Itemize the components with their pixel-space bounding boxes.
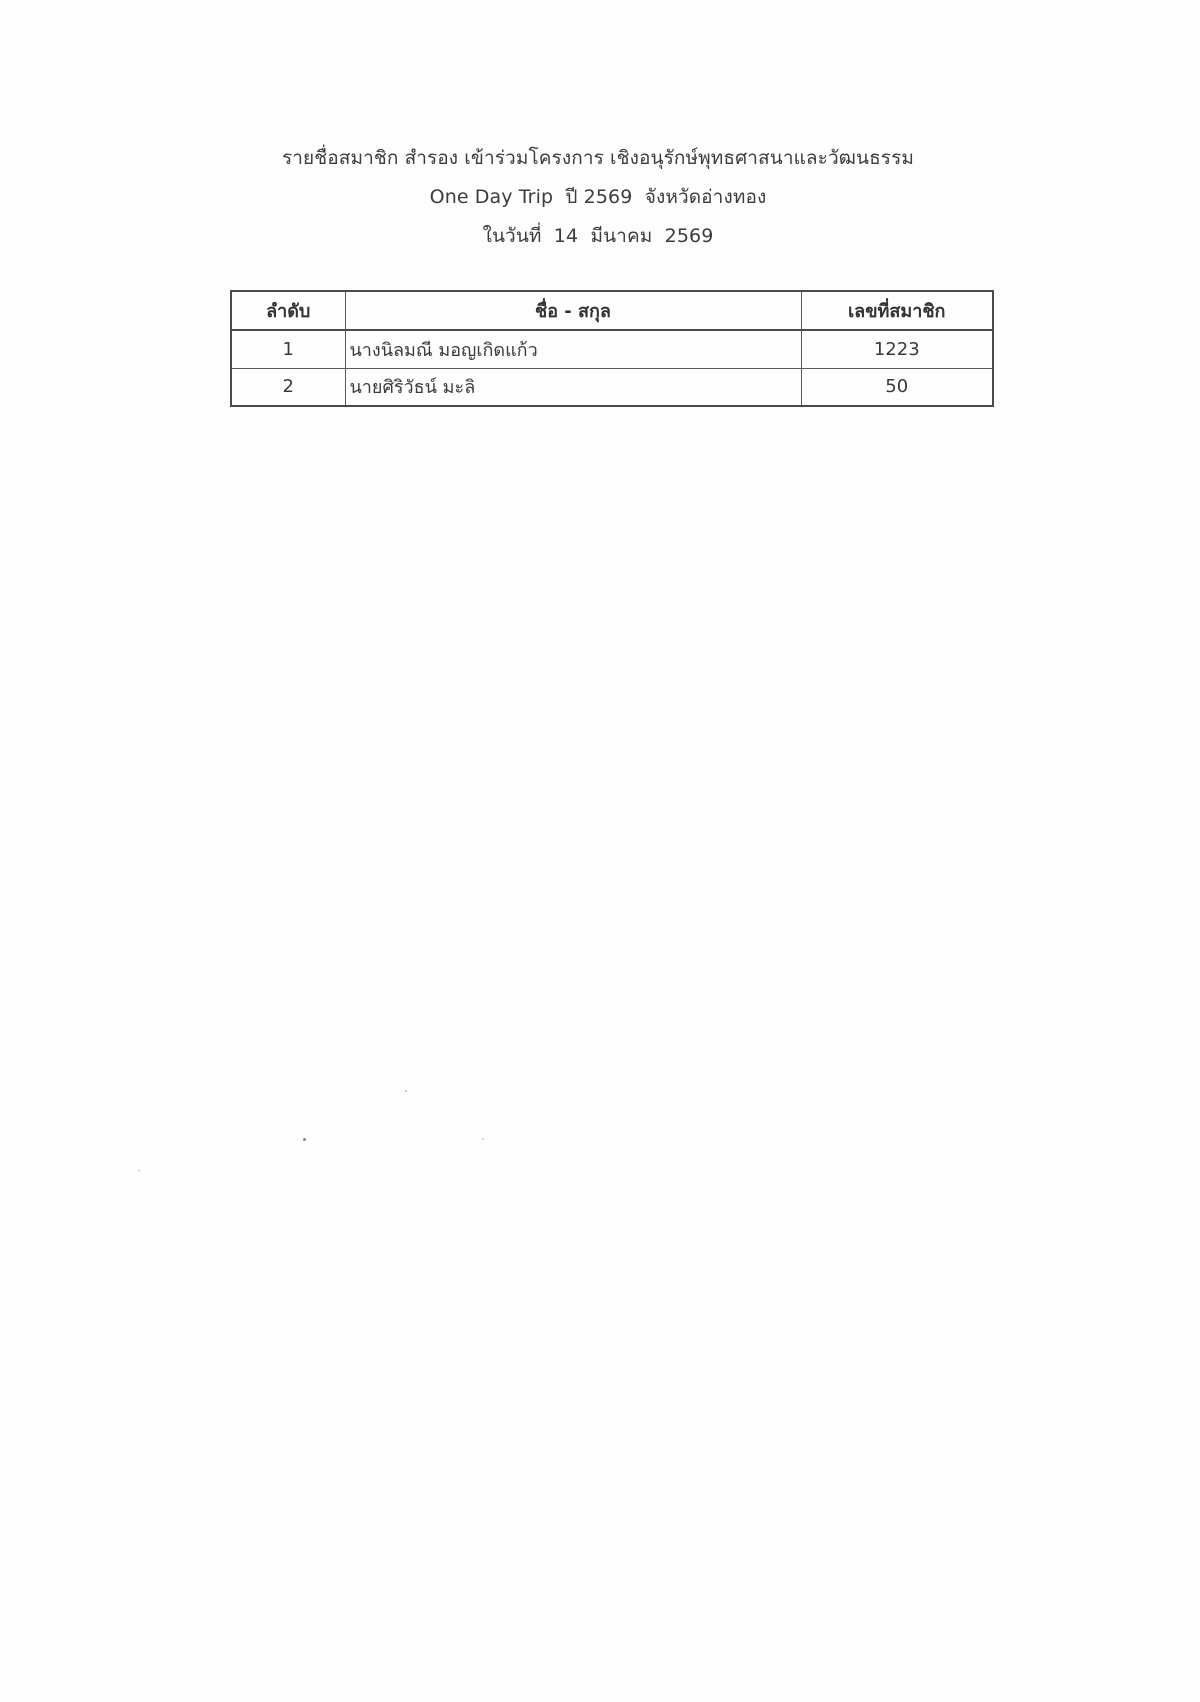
document-date: ในวันที่ 14 มีนาคม 2569 xyxy=(0,221,1198,251)
member-table: ลำดับ ชื่อ - สกุล เลขที่สมาชิก 1 นางนิลม… xyxy=(230,290,994,407)
table-row: 2 นายศิริวัธน์ มะลิ 50 xyxy=(231,368,993,406)
cell-member-id: 1223 xyxy=(801,330,993,368)
cell-no: 1 xyxy=(231,330,345,368)
scan-speck xyxy=(405,1090,407,1092)
scan-speck xyxy=(482,1138,484,1140)
document-page: รายชื่อสมาชิก สำรอง เข้าร่วมโครงการ เชิง… xyxy=(0,0,1200,1702)
scan-speck xyxy=(138,1170,140,1171)
table-row: 1 นางนิลมณี มอญเกิดแก้ว 1223 xyxy=(231,330,993,368)
cell-name: นางนิลมณี มอญเกิดแก้ว xyxy=(345,330,801,368)
cell-no: 2 xyxy=(231,368,345,406)
scan-speck xyxy=(303,1138,306,1141)
document-title: รายชื่อสมาชิก สำรอง เข้าร่วมโครงการ เชิง… xyxy=(0,143,1198,173)
column-header-name: ชื่อ - สกุล xyxy=(345,291,801,330)
column-header-member-id: เลขที่สมาชิก xyxy=(801,291,993,330)
cell-member-id: 50 xyxy=(801,368,993,406)
cell-name: นายศิริวัธน์ มะลิ xyxy=(345,368,801,406)
column-header-no: ลำดับ xyxy=(231,291,345,330)
table-header-row: ลำดับ ชื่อ - สกุล เลขที่สมาชิก xyxy=(231,291,993,330)
document-subtitle: One Day Trip ปี 2569 จังหวัดอ่างทอง xyxy=(0,182,1198,212)
